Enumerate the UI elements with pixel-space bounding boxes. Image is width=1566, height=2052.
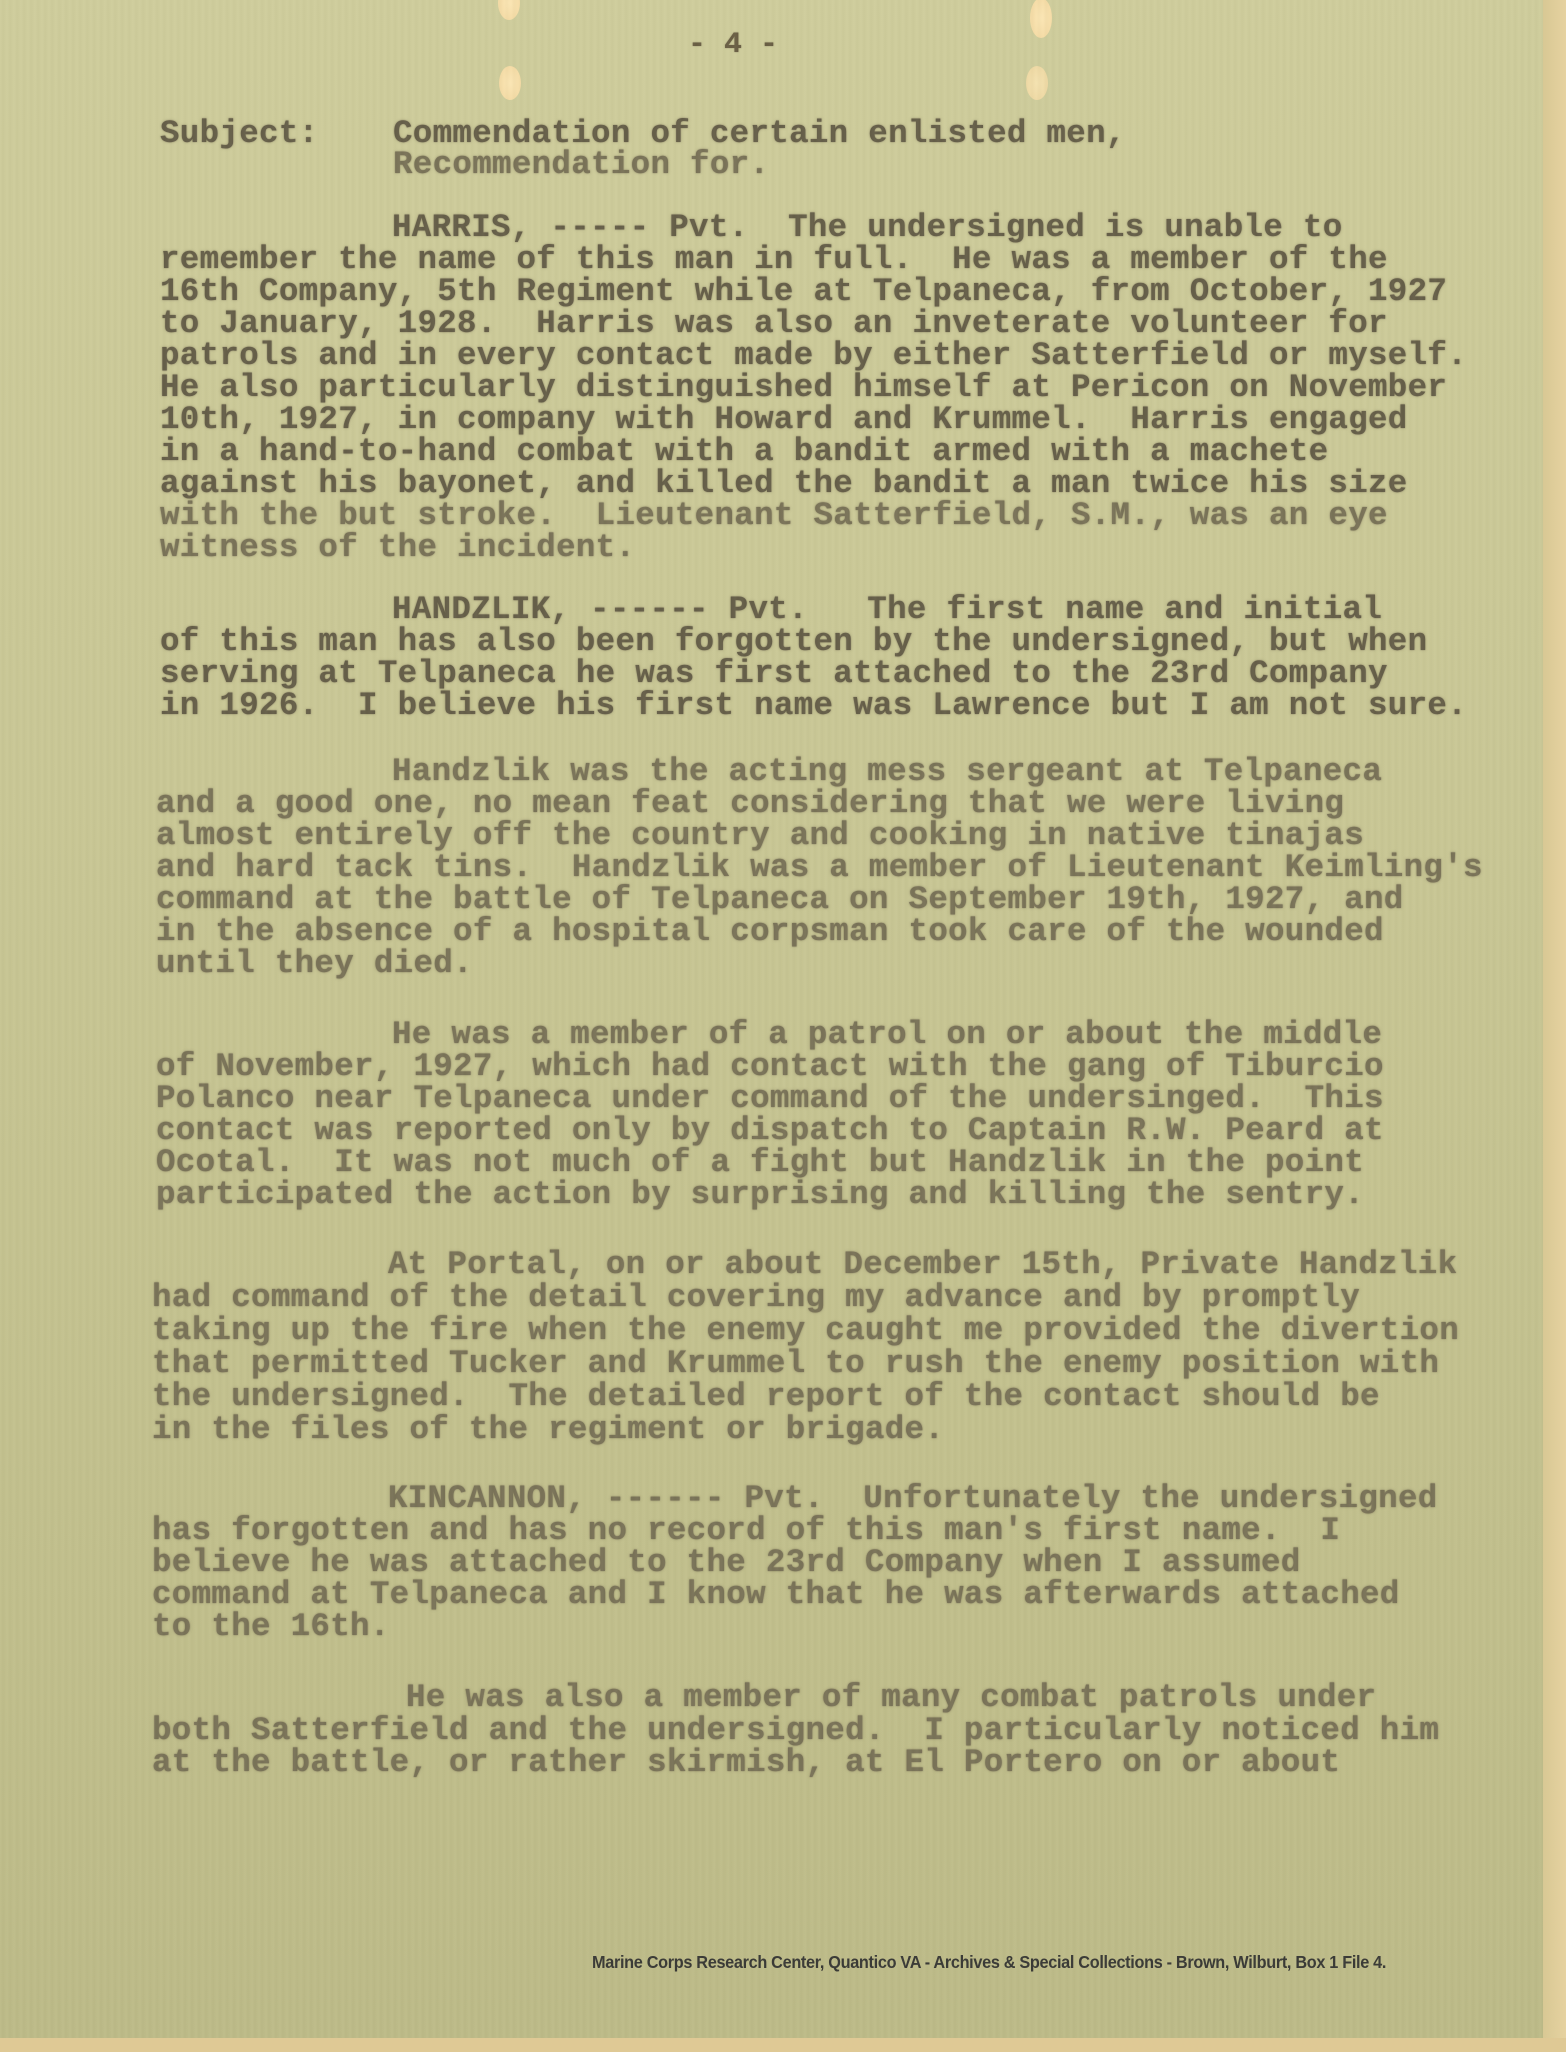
paragraph-line: in a hand-to-hand combat with a bandit a…	[160, 435, 1328, 469]
paragraph-line: of November, 1927, which had contact wit…	[156, 1050, 1384, 1084]
punch-hole	[498, 0, 520, 20]
paragraph-line: against his bayonet, and killed the band…	[160, 467, 1408, 501]
paragraph-line: and hard tack tins. Handzlik was a membe…	[156, 851, 1483, 885]
paragraph-line: contact was reported only by dispatch to…	[156, 1114, 1384, 1148]
subject-line-2: Recommendation for.	[393, 148, 769, 182]
paragraph-line: in 1926. I believe his first name was La…	[160, 689, 1467, 723]
paragraph-line: in the files of the regiment or brigade.	[152, 1413, 944, 1447]
paragraph-line: the undersigned. The detailed report of …	[152, 1380, 1380, 1414]
paragraph-line: both Satterfield and the undersigned. I …	[152, 1714, 1439, 1748]
paragraph-line: of this man has also been forgotten by t…	[160, 625, 1427, 659]
scan-edge-right	[1543, 0, 1566, 2052]
paragraph-line: at the battle, or rather skirmish, at El…	[152, 1746, 1340, 1780]
paragraph-line: in the absence of a hospital corpsman to…	[156, 915, 1384, 949]
paragraph-line: believe he was attached to the 23rd Comp…	[152, 1546, 1301, 1580]
subject-label: Subject:	[160, 117, 318, 151]
paragraph-line: Ocotal. It was not much of a fight but H…	[156, 1146, 1364, 1180]
paragraph-line: remember the name of this man in full. H…	[160, 243, 1388, 277]
scan-edge-bottom	[0, 2038, 1566, 2052]
paragraph-line: has forgotten and has no record of this …	[152, 1514, 1340, 1548]
paragraph-line: command at Telpaneca and I know that he …	[152, 1578, 1400, 1612]
archive-credit-footer: Marine Corps Research Center, Quantico V…	[592, 1952, 1386, 1973]
paragraph-line: with the but stroke. Lieutenant Satterfi…	[160, 499, 1388, 533]
paragraph-line: He was a member of a patrol on or about …	[392, 1018, 1382, 1052]
paragraph-line: HARRIS, ----- Pvt. The undersigned is un…	[392, 211, 1343, 245]
paragraph-line: 10th, 1927, in company with Howard and K…	[160, 403, 1408, 437]
paragraph-line: that permitted Tucker and Krummel to rus…	[152, 1347, 1439, 1381]
paragraph-line: KINCANNON, ------ Pvt. Unfortunately the…	[388, 1482, 1438, 1516]
paragraph-line: participated the action by surprising an…	[156, 1178, 1364, 1212]
paragraph-line: to the 16th.	[152, 1610, 390, 1644]
paragraph-line: serving at Telpaneca he was first attach…	[160, 657, 1388, 691]
paragraph-line: He was also a member of many combat patr…	[406, 1681, 1376, 1715]
paragraph-line: 16th Company, 5th Regiment while at Telp…	[160, 275, 1447, 309]
document-page: - 4 - Subject: Commendation of certain e…	[0, 0, 1543, 2038]
paragraph-line: Polanco near Telpaneca under command of …	[156, 1082, 1384, 1116]
paragraph-line: command at the battle of Telpaneca on Se…	[156, 883, 1404, 917]
punch-hole	[499, 66, 521, 100]
paragraph-line: He also particularly distinguished himse…	[160, 371, 1447, 405]
paragraph-line: patrols and in every contact made by eit…	[160, 339, 1467, 373]
punch-hole	[1030, 0, 1052, 38]
punch-hole	[1026, 66, 1048, 100]
paragraph-line: At Portal, on or about December 15th, Pr…	[388, 1248, 1457, 1282]
paragraph-line: taking up the fire when the enemy caught…	[152, 1314, 1459, 1348]
paragraph-line: to January, 1928. Harris was also an inv…	[160, 307, 1388, 341]
paragraph-line: until they died.	[156, 947, 473, 981]
paragraph-line: and a good one, no mean feat considering…	[156, 787, 1344, 821]
paragraph-line: HANDZLIK, ------ Pvt. The first name and…	[392, 593, 1382, 627]
paragraph-line: witness of the incident.	[160, 531, 635, 565]
page-number: - 4 -	[688, 28, 778, 62]
paragraph-line: Handzlik was the acting mess sergeant at…	[392, 755, 1382, 789]
paragraph-line: almost entirely off the country and cook…	[156, 819, 1364, 853]
paragraph-line: had command of the detail covering my ad…	[152, 1281, 1360, 1315]
